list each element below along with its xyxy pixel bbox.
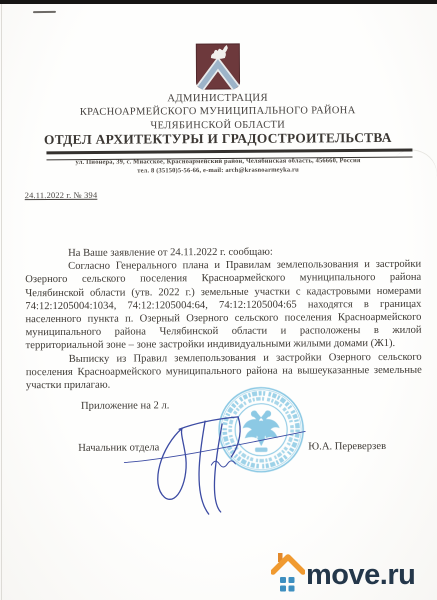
house-logo-icon: [271, 551, 305, 597]
address-block: ул. Пионера, 39, с. Миасское, Красноарме…: [0, 157, 437, 177]
contact-line: тел. 8 (35150)5-56-66, e-mail: arch@kras…: [0, 165, 437, 176]
moveru-watermark: move.ru: [271, 551, 434, 597]
moveru-logo-text: move.ru: [306, 559, 415, 592]
signer-name: Ю.А. Переверзев: [308, 441, 386, 452]
document-page: АДМИНИСТРАЦИЯ КРАСНОАРМЕЙСКОГО МУНИЦИПАЛ…: [0, 0, 437, 600]
signer-position: Начальник отдела: [78, 442, 159, 453]
department-title: ОТДЕЛ АРХИТЕКТУРЫ И ГРАДОСТРОИТЕЛЬСТВА: [0, 130, 436, 149]
org-name-block: АДМИНИСТРАЦИЯ КРАСНОАРМЕЙСКОГО МУНИЦИПАЛ…: [0, 91, 436, 134]
coat-of-arms-icon: [195, 43, 241, 91]
paragraph-main: Согласно Генерального плана и Правилам з…: [25, 258, 422, 353]
date-and-number: 24.11.2022 г. № 394: [25, 191, 98, 200]
letter-content: АДМИНИСТРАЦИЯ КРАСНОАРМЕЙСКОГО МУНИЦИПАЛ…: [0, 0, 437, 600]
letter-body: На Ваше заявление от 24.11.2022 г. сообщ…: [25, 245, 422, 393]
handwritten-signature: [119, 407, 315, 520]
